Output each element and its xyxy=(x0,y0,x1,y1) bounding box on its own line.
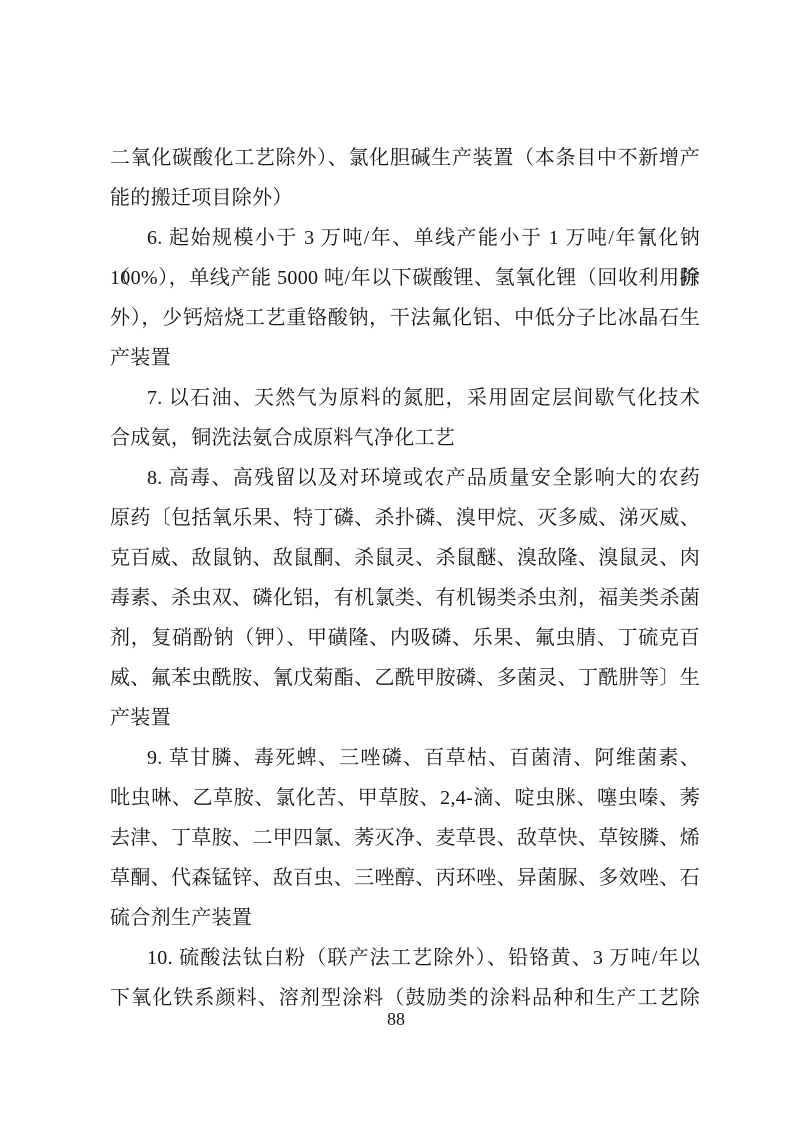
text-line: 毒素、杀虫双、磷化铝，有机氯类、有机锡类杀虫剂，福美类杀菌 xyxy=(110,578,700,618)
text-line: 外），少钙焙烧工艺重铬酸钠，干法氟化铝、中低分子比冰晶石生 xyxy=(110,298,700,338)
text-line: 9. 草甘膦、毒死蜱、三唑磷、百草枯、百菌清、阿维菌素、 xyxy=(110,738,700,778)
text-line: 产装置 xyxy=(110,698,700,738)
text-line: 二氧化碳酸化工艺除外）、氯化胆碱生产装置（本条目中不新增产 xyxy=(110,138,700,178)
text-line: 能的搬迁项目除外） xyxy=(110,178,700,218)
page-number: 88 xyxy=(0,1003,792,1035)
text-line: 8. 高毒、高残留以及对环境或农产品质量安全影响大的农药 xyxy=(110,458,700,498)
text-line: 硫合剂生产装置 xyxy=(110,898,700,938)
text-line: 克百威、敌鼠钠、敌鼠酮、杀鼠灵、杀鼠醚、溴敌隆、溴鼠灵、肉 xyxy=(110,538,700,578)
text-line: 6. 起始规模小于 3 万吨/年、单线产能小于 1 万吨/年氰化钠（折 xyxy=(110,218,700,258)
text-line: 威、氟苯虫酰胺、氰戊菊酯、乙酰甲胺磷、多菌灵、丁酰肼等〕生 xyxy=(110,658,700,698)
document-body: 二氧化碳酸化工艺除外）、氯化胆碱生产装置（本条目中不新增产能的搬迁项目除外）6.… xyxy=(110,138,700,1018)
document-page: 二氧化碳酸化工艺除外）、氯化胆碱生产装置（本条目中不新增产能的搬迁项目除外）6.… xyxy=(0,0,800,1131)
text-line: 产装置 xyxy=(110,338,700,378)
text-line: 7. 以石油、天然气为原料的氮肥，采用固定层间歇气化技术 xyxy=(110,378,700,418)
text-line: 草酮、代森锰锌、敌百虫、三唑醇、丙环唑、异菌脲、多效唑、石 xyxy=(110,858,700,898)
text-line: 原药〔包括氧乐果、特丁磷、杀扑磷、溴甲烷、灭多威、涕灭威、 xyxy=(110,498,700,538)
text-line: 100%），单线产能 5000 吨/年以下碳酸锂、氢氧化锂（回收利用除 xyxy=(110,258,700,298)
text-line: 10. 硫酸法钛白粉（联产法工艺除外）、铅铬黄、3 万吨/年以 xyxy=(110,938,700,978)
text-line: 剂，复硝酚钠（钾）、甲磺隆、内吸磷、乐果、氟虫腈、丁硫克百 xyxy=(110,618,700,658)
text-line: 吡虫啉、乙草胺、氯化苦、甲草胺、2,4-滴、啶虫脒、噻虫嗪、莠 xyxy=(110,778,700,818)
text-line: 去津、丁草胺、二甲四氯、莠灭净、麦草畏、敌草快、草铵膦、烯 xyxy=(110,818,700,858)
text-line: 合成氨，铜洗法氨合成原料气净化工艺 xyxy=(110,418,700,458)
